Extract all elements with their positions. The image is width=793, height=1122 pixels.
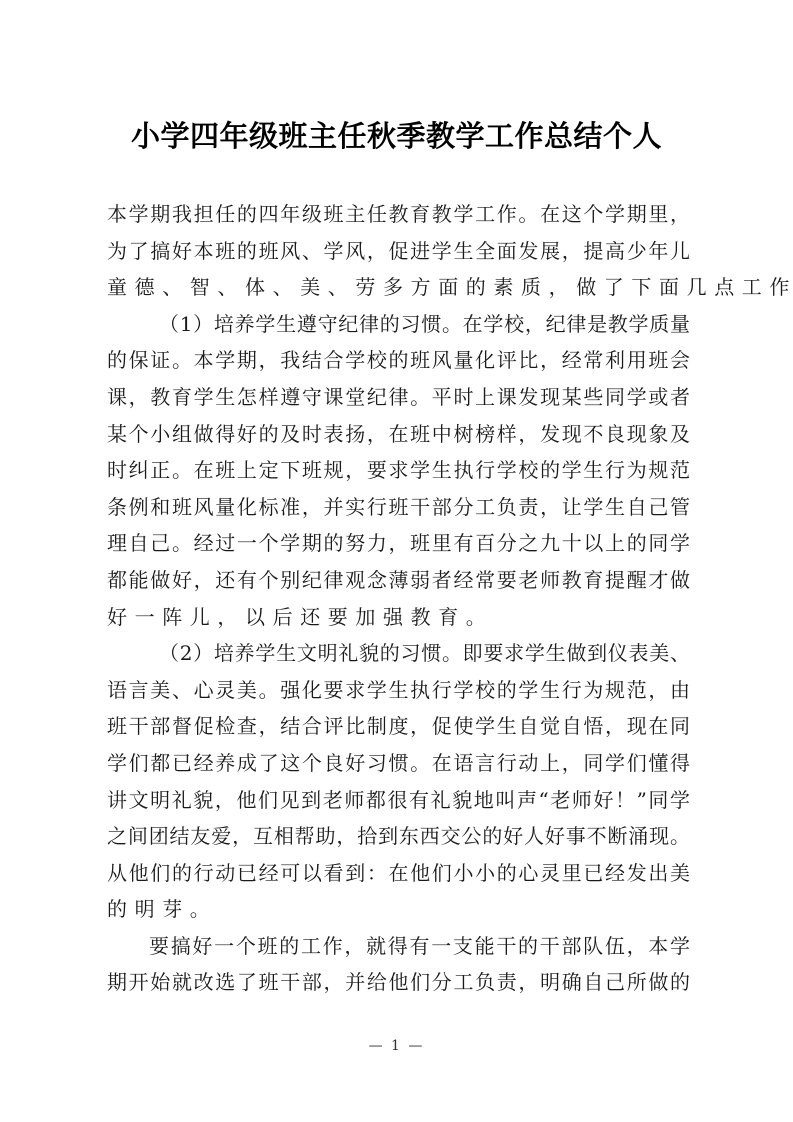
text-line: 从他们的行动已经可以看到：在他们小小的心灵里已经发出美 [107, 855, 690, 892]
text-line: 之间团结友爱，互相帮助，拾到东西交公的好人好事不断涌现。 [107, 818, 690, 855]
text-line: 课，教育学生怎样遵守课堂纪律。平时上课发现某些同学或者 [107, 379, 690, 416]
text-line: 讲文明礼貌，他们见到老师都很有礼貌地叫声“老师好！”同学 [107, 782, 690, 819]
text-line: 的保证。本学期，我结合学校的班风量化评比，经常利用班会 [107, 342, 690, 379]
text-line: 要搞好一个班的工作，就得有一支能干的干部队伍，本学 [107, 928, 690, 965]
text-line: 为了搞好本班的班风、学风，促进学生全面发展，提高少年儿 [107, 233, 690, 270]
text-line: 语言美、心灵美。强化要求学生执行学校的学生行为规范，由 [107, 672, 690, 709]
document-title: 小学四年级班主任秋季教学工作总结个人 [0, 114, 793, 158]
document-page: 小学四年级班主任秋季教学工作总结个人 本学期我担任的四年级班主任教育教学工作。在… [0, 0, 793, 1122]
text-line: 好一阵儿，以后还要加强教育。 [107, 599, 690, 636]
text-line: 童德、智、体、美、劳多方面的素质，做了下面几点工作： [107, 269, 690, 306]
text-line: 理自己。经过一个学期的努力，班里有百分之九十以上的同学 [107, 525, 690, 562]
text-line: 本学期我担任的四年级班主任教育教学工作。在这个学期里， [107, 196, 690, 233]
text-line: 都能做好，还有个别纪律观念薄弱者经常要老师教育提醒才做 [107, 562, 690, 599]
text-line: 的明芽。 [107, 891, 690, 928]
text-line: 时纠正。在班上定下班规，要求学生执行学校的学生行为规范 [107, 452, 690, 489]
text-line: 某个小组做得好的及时表扬，在班中树榜样，发现不良现象及 [107, 416, 690, 453]
text-line: 期开始就改选了班干部，并给他们分工负责，明确自己所做的 [107, 964, 690, 1001]
document-body: 本学期我担任的四年级班主任教育教学工作。在这个学期里， 为了搞好本班的班风、学风… [107, 196, 690, 1001]
paragraph-intro: 本学期我担任的四年级班主任教育教学工作。在这个学期里， 为了搞好本班的班风、学风… [107, 196, 690, 306]
paragraph-courtesy: （2）培养学生文明礼貌的习惯。即要求学生做到仪表美、 语言美、心灵美。强化要求学… [107, 635, 690, 928]
paragraph-class-cadres: 要搞好一个班的工作，就得有一支能干的干部队伍，本学 期开始就改选了班干部，并给他… [107, 928, 690, 1001]
text-line: （1）培养学生遵守纪律的习惯。在学校，纪律是教学质量 [107, 306, 690, 343]
text-line: 学们都已经养成了这个良好习惯。在语言行动上，同学们懂得 [107, 745, 690, 782]
paragraph-discipline: （1）培养学生遵守纪律的习惯。在学校，纪律是教学质量 的保证。本学期，我结合学校… [107, 306, 690, 635]
page-number: — 1 — [0, 1036, 793, 1056]
text-line: 班干部督促检查，结合评比制度，促使学生自觉自悟，现在同 [107, 708, 690, 745]
text-line: （2）培养学生文明礼貌的习惯。即要求学生做到仪表美、 [107, 635, 690, 672]
text-line: 条例和班风量化标准，并实行班干部分工负责，让学生自己管 [107, 489, 690, 526]
